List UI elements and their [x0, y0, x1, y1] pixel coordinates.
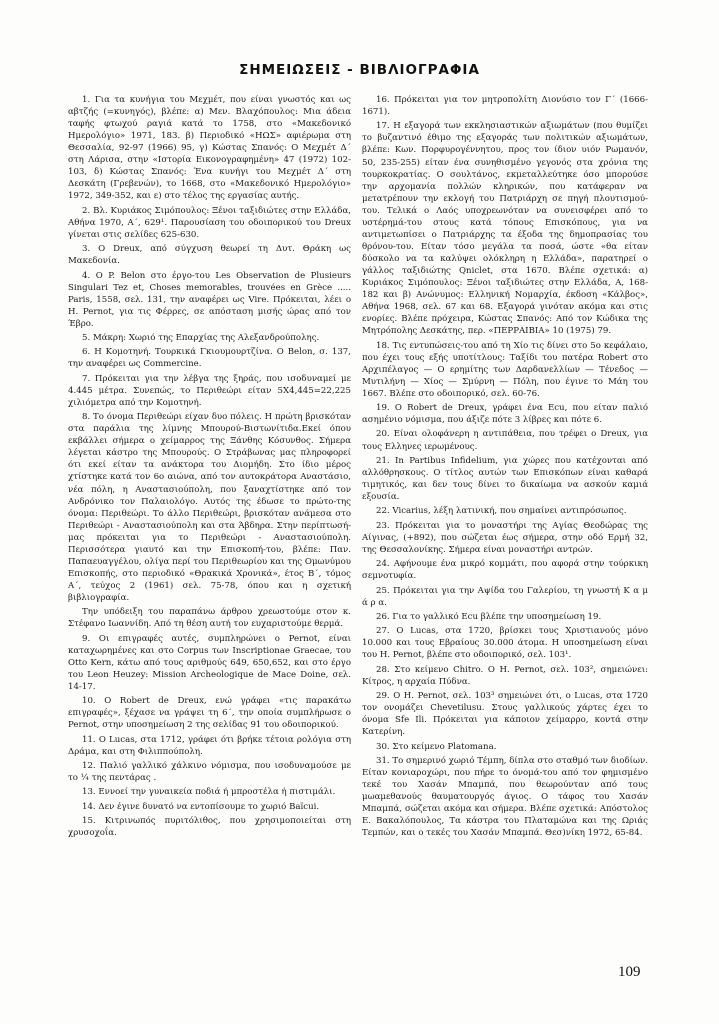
footnote-text: Η Κομοτηνή. Τουρκικά Γκιουμουρτζίνα. Ο B… — [68, 347, 351, 369]
footnote: 13. Εννοεί την γυναικεία ποδιά ή μπροστέ… — [68, 786, 351, 798]
footnote: Την υπόδειξη του παραπάνω άρθρου χρεωστο… — [68, 606, 351, 630]
footnote-number: 17. — [376, 121, 393, 131]
footnote-number: 11. — [82, 735, 99, 745]
footnote: 20. Είναι ολοφάνερη η αντιπάθεια, που τρ… — [362, 428, 648, 452]
footnote-text: Ο Robert de Dreux, ενώ γράφει «τις παρακ… — [68, 696, 351, 730]
footnote-number: 18. — [376, 341, 393, 351]
footnote-number: 21. — [376, 456, 395, 466]
footnote: 30. Στο κείμενο Platomana. — [362, 741, 648, 753]
notes-column-left: 1. Για τα κυνήγια του Μεχμέτ, που είναι … — [68, 94, 351, 842]
footnote-text: Η εξαγορά των εκκλησιαστικών αξιωμάτων (… — [362, 121, 648, 336]
footnote-text: Vicarius, λέξη λατινική, που σημαίνει αν… — [392, 506, 626, 516]
footnote-number: 26. — [376, 612, 392, 622]
footnote-text: Ο Lucas, στα 1720, βρίσκει τους Χριστιαν… — [362, 626, 648, 660]
footnote-number: 29. — [376, 691, 393, 701]
footnote-number: 23. — [376, 521, 395, 531]
footnote: 1. Για τα κυνήγια του Μεχμέτ, που είναι … — [68, 94, 351, 202]
footnote-number: 30. — [376, 742, 392, 752]
footnote-text: Αφήνουμε ένα μικρό κομμάτι, που αφορά στ… — [362, 559, 648, 581]
notes-column-right: 16. Πρόκειται για τον μητροπολίτη Διονύσ… — [362, 94, 648, 842]
footnote-number: 5. — [82, 333, 93, 343]
footnote-number: 12. — [82, 761, 100, 771]
footnote: 19. Ο Robert de Dreux, γράφει ένα Ecu, π… — [362, 402, 648, 426]
footnote-text: Πρόκειται για την λέβγα της ξηράς, που ι… — [68, 374, 351, 408]
footnote: 15. Κιτρινωπός πυριτόλιθος, που χρησιμοπ… — [68, 815, 351, 839]
footnote: 12. Παλιό γαλλικό χάλκινο νόμισμα, που ι… — [68, 760, 351, 784]
footnote-number: 28. — [376, 665, 394, 675]
footnote-text: Το όνομα Περιθεώρι είχαν δυο πόλεις. Η π… — [68, 412, 351, 603]
footnote-text: Οι επιγραφές αυτές, συμπληρώνει ο Pernot… — [68, 634, 351, 692]
footnote: 3. Ο Dreux, από σύγχυση θεωρεί τη Δυτ. Θ… — [68, 243, 351, 267]
footnote-number: 31. — [376, 756, 392, 766]
footnote-text: Κιτρινωπός πυριτόλιθος, που χρησιμοποιεί… — [68, 816, 351, 838]
footnote-number: 20. — [376, 429, 394, 439]
footnote: 14. Δεν έγινε δυνατό να εντοπίσουμε το χ… — [68, 801, 351, 813]
footnote: 16. Πρόκειται για τον μητροπολίτη Διονύσ… — [362, 94, 648, 118]
footnote-text: Στο κείμενο Chitro. Ο H. Pernot, σελ. 10… — [362, 665, 648, 687]
footnote: 8. Το όνομα Περιθεώρι είχαν δυο πόλεις. … — [68, 411, 351, 604]
footnote: 26. Για το γαλλικό Ecu βλέπε την υποσημε… — [362, 611, 648, 623]
footnote-number: 2. — [82, 206, 93, 216]
footnote-number: 10. — [82, 696, 104, 706]
footnote-number: 15. — [82, 816, 105, 826]
footnote-text: Ο Dreux, από σύγχυση θεωρεί τη Δυτ. Θράκ… — [68, 244, 351, 266]
footnote-text: Είναι ολοφάνερη η αντιπάθεια, που τρέφει… — [362, 429, 648, 451]
footnote-text: Πρόκειται για το μοναστήρι της Αγίας Θεο… — [362, 521, 648, 555]
footnote: 7. Πρόκειται για την λέβγα της ξηράς, πο… — [68, 373, 351, 409]
footnote-number: 8. — [82, 412, 93, 422]
footnote: 5. Μάκρη: Χωριό της Επαρχίας της Αλεξανδ… — [68, 332, 351, 344]
footnote-text: Ο P. Belon στο έργο-του Les Observation … — [68, 271, 351, 329]
footnote-text: Πρόκειται για την Αψίδα του Γαλερίου, τη… — [362, 586, 648, 608]
footnote-number: 16. — [376, 95, 394, 105]
footnote-text: Μάκρη: Χωριό της Επαρχίας της Αλεξανδρού… — [93, 333, 319, 343]
footnote: 24. Αφήνουμε ένα μικρό κομμάτι, που αφορ… — [362, 558, 648, 582]
footnote-number: 9. — [82, 634, 99, 644]
footnote-number: 24. — [376, 559, 394, 569]
footnote-number: 4. — [82, 271, 96, 281]
page-number: 109 — [618, 964, 641, 981]
footnote: 2. Βλ. Κυριάκος Σιμόπουλος: Ξένοι ταξιδι… — [68, 205, 351, 241]
footnote-text: Ο Lucas, στα 1712, γράφει ότι βρήκε τέτο… — [68, 735, 351, 757]
footnote-text: Για τα κυνήγια του Μεχμέτ, που είναι γνω… — [68, 95, 351, 201]
footnote: 6. Η Κομοτηνή. Τουρκικά Γκιουμουρτζίνα. … — [68, 346, 351, 370]
footnote: 29. Ο H. Pernot, σελ. 103³ σημειώνει ότι… — [362, 690, 648, 738]
footnote-text: Για το γαλλικό Ecu βλέπε την υποσημείωση… — [392, 612, 601, 622]
footnote-text: Εννοεί την γυναικεία ποδιά ή μπροστέλα ή… — [98, 787, 335, 797]
footnote: 28. Στο κείμενο Chitro. Ο H. Pernot, σελ… — [362, 664, 648, 688]
footnote-text: Την υπόδειξη του παραπάνω άρθρου χρεωστο… — [68, 607, 351, 629]
footnote: 23. Πρόκειται για το μοναστήρι της Αγίας… — [362, 520, 648, 556]
footnote-number: 27. — [376, 626, 396, 636]
document-page: ΣΗΜΕΙΩΣΕΙΣ - ΒΙΒΛΙΟΓΡΑΦΙΑ 1. Για τα κυνή… — [0, 0, 719, 1024]
footnote-text: Παλιό γαλλικό χάλκινο νόμισμα, που ισοδυ… — [68, 761, 351, 783]
footnote-number: 13. — [82, 787, 98, 797]
page-title: ΣΗΜΕΙΩΣΕΙΣ - ΒΙΒΛΙΟΓΡΑΦΙΑ — [0, 62, 719, 78]
footnote: 18. Τις εντυπώσεις-του από τη Χίο τις δί… — [362, 340, 648, 400]
footnote: 10. Ο Robert de Dreux, ενώ γράφει «τις π… — [68, 695, 351, 731]
footnote-text: Βλ. Κυριάκος Σιμόπουλος: Ξένοι ταξιδιώτε… — [68, 206, 351, 240]
footnote-text: Ο Robert de Dreux, γράφει ένα Ecu, που ε… — [362, 403, 648, 425]
footnote-text: Τις εντυπώσεις-του από τη Χίο τις δίνει … — [362, 341, 648, 399]
footnote-number: 3. — [82, 244, 98, 254]
footnote-number: 19. — [376, 403, 395, 413]
footnote: 27. Ο Lucas, στα 1720, βρίσκει τους Χρισ… — [362, 625, 648, 661]
footnote-text: In Partibus Infidelium, για χώρες που κα… — [362, 456, 648, 502]
footnote: 17. Η εξαγορά των εκκλησιαστικών αξιωμάτ… — [362, 120, 648, 337]
footnote: 9. Οι επιγραφές αυτές, συμπληρώνει ο Per… — [68, 633, 351, 693]
footnote-number: 14. — [82, 802, 98, 812]
footnote-text: Ο H. Pernot, σελ. 103³ σημειώνει ότι, ο … — [362, 691, 648, 737]
footnote-text: Το σημερινό χωριό Τέμπη, δίπλα στο σταθμ… — [362, 756, 648, 838]
footnote: 21. In Partibus Infidelium, για χώρες πο… — [362, 455, 648, 503]
footnote-number: 6. — [82, 347, 94, 357]
footnote: 4. Ο P. Belon στο έργο-του Les Observati… — [68, 270, 351, 330]
footnote-number: 7. — [82, 374, 95, 384]
footnote-number: 22. — [376, 506, 392, 516]
footnote: 11. Ο Lucas, στα 1712, γράφει ότι βρήκε … — [68, 734, 351, 758]
footnote: 31. Το σημερινό χωριό Τέμπη, δίπλα στο σ… — [362, 755, 648, 839]
footnote-text: Πρόκειται για τον μητροπολίτη Διονύσιο τ… — [362, 95, 648, 117]
footnote: 25. Πρόκειται για την Αψίδα του Γαλερίου… — [362, 585, 648, 609]
footnote-text: Στο κείμενο Platomana. — [392, 742, 496, 752]
footnote-text: Δεν έγινε δυνατό να εντοπίσουμε το χωριό… — [98, 802, 319, 812]
footnote-number: 1. — [82, 95, 95, 105]
footnote: 22. Vicarius, λέξη λατινική, που σημαίνε… — [362, 505, 648, 517]
footnote-number: 25. — [376, 586, 393, 596]
